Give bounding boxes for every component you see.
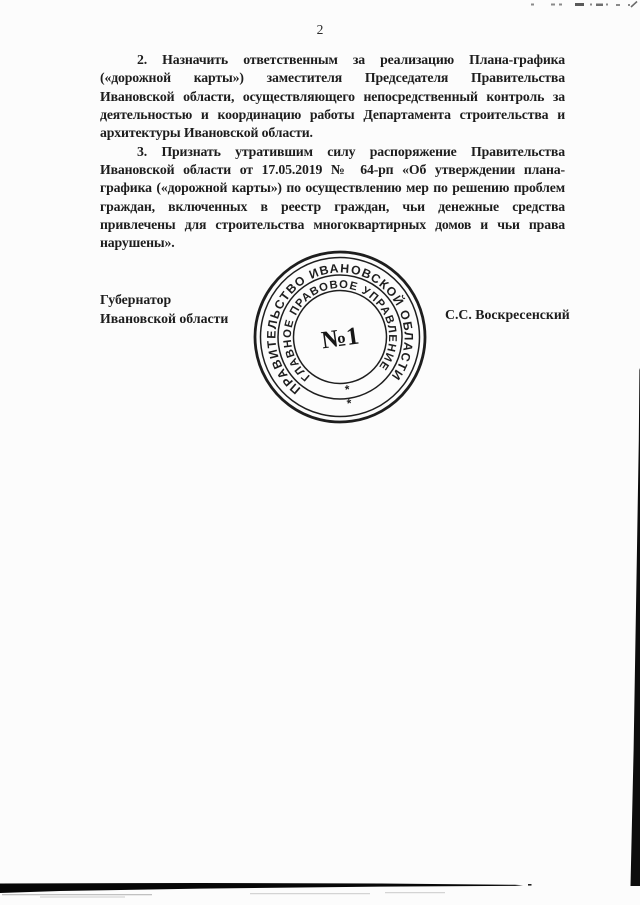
document-page: 2 2. Назначить ответственным за реализац… — [0, 0, 640, 905]
text-line: («дорожной карты») заместителя Председат… — [100, 69, 565, 87]
scan-bottom-bar — [0, 883, 523, 893]
text-line: 2. Назначить ответственным за реализацию… — [100, 51, 565, 69]
text-line: деятельностью и координацию работы Депар… — [100, 106, 565, 124]
paragraph-2: 2. Назначить ответственным за реализацию… — [100, 51, 565, 143]
scan-edge-shadow — [631, 368, 640, 886]
page-number: 2 — [0, 22, 640, 38]
text-line: Ивановской области, осуществляющего непо… — [100, 88, 565, 106]
signature-name: С.С. Воскресенский — [445, 306, 570, 325]
seal-separator-star-icon: * — [344, 382, 351, 397]
signature-title-line2: Ивановской области — [100, 310, 228, 329]
scan-bottom-bar-dot — [528, 884, 532, 886]
document-body: 2. Назначить ответственным за реализацию… — [100, 51, 565, 253]
text-line: графика («дорожной карты») по осуществле… — [100, 179, 565, 197]
text-line: привлечены для строительства многокварти… — [100, 216, 565, 234]
text-line: граждан, включенных в реестр граждан, чь… — [100, 198, 565, 216]
signature-title: Губернатор Ивановской области — [100, 291, 228, 328]
paragraph-3: 3. Признать утратившим силу распоряжение… — [100, 143, 565, 253]
official-seal: ПРАВИТЕЛЬСТВО ИВАНОВСКОЙ ОБЛАСТИ ГЛАВНОЕ… — [250, 247, 430, 427]
signature-title-line1: Губернатор — [100, 291, 228, 310]
scan-dash-marks — [531, 2, 637, 8]
text-line: 3. Признать утратившим силу распоряжение… — [100, 143, 565, 161]
text-line: архитектуры Ивановской области. — [100, 124, 565, 142]
text-line: Ивановской области от 17.05.2019 № 64-рп… — [100, 161, 565, 179]
seal-center-number: №1 — [320, 322, 361, 354]
scan-bottom-smudges — [2, 892, 445, 897]
